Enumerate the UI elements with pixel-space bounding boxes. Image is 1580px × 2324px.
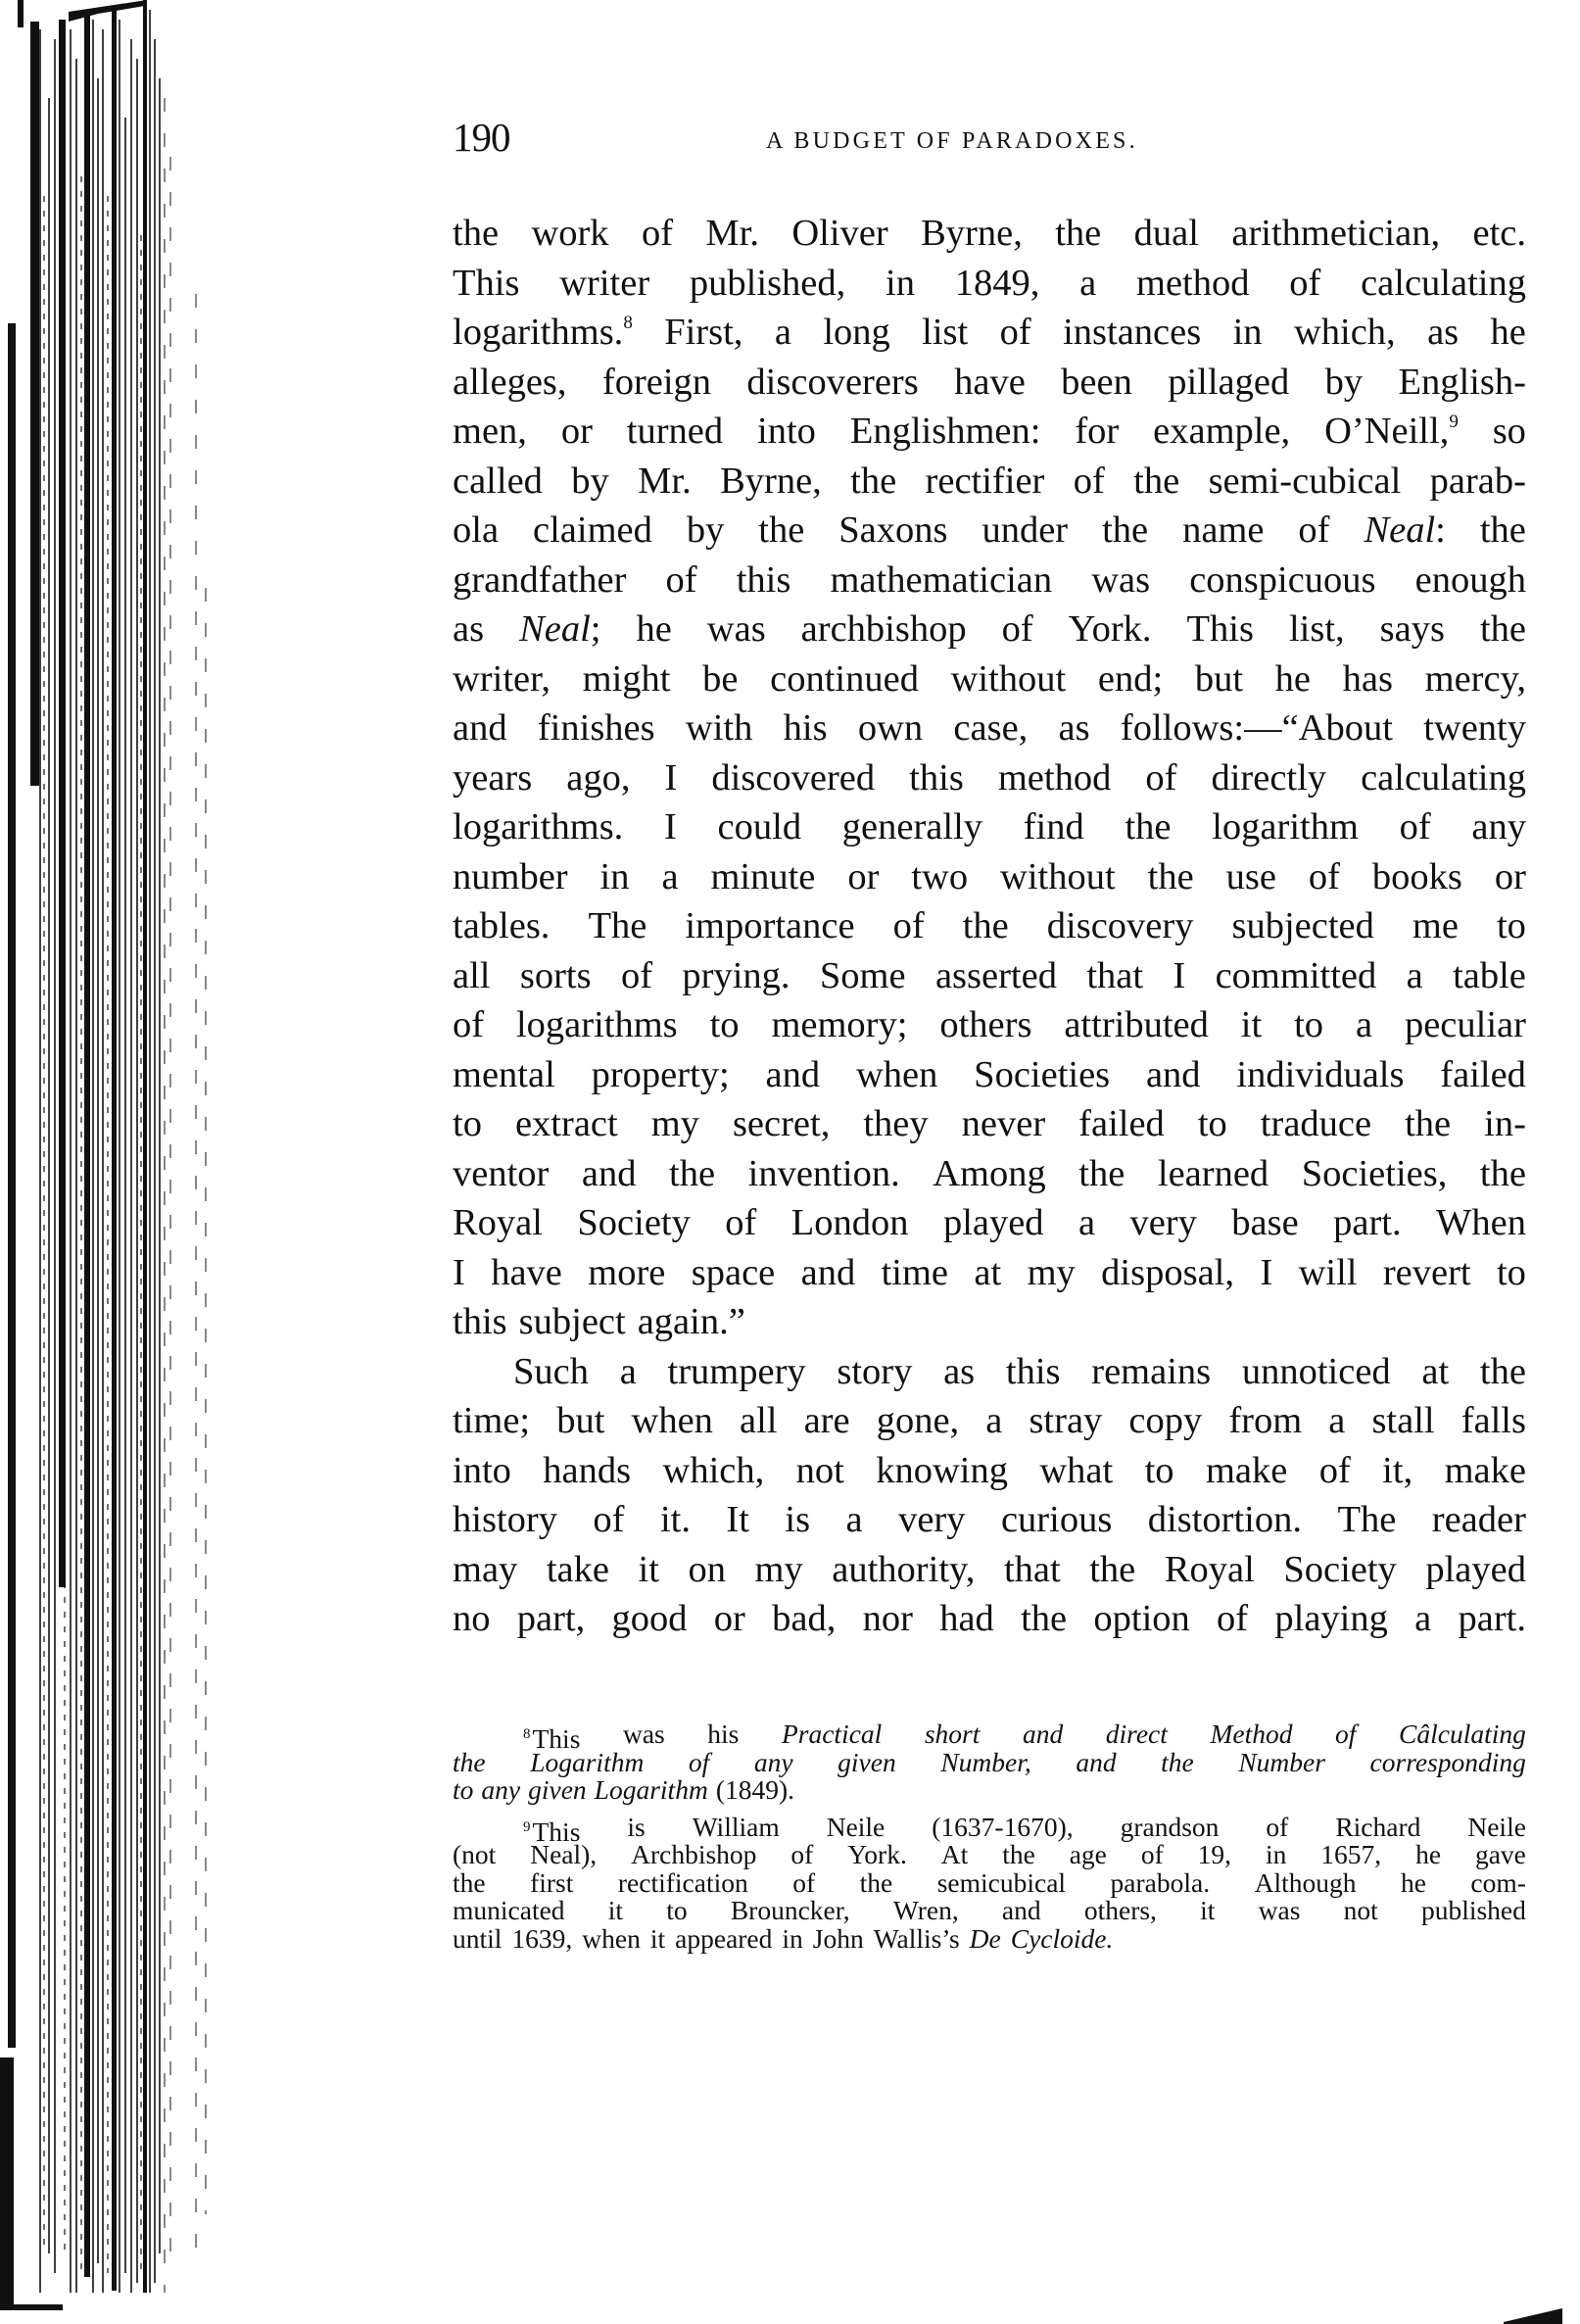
word: table [1453, 951, 1526, 1001]
word: in [600, 852, 630, 902]
word: twenty [1423, 703, 1526, 753]
word: by [687, 506, 725, 556]
word: very [898, 1495, 965, 1545]
word: the [1480, 605, 1526, 654]
word: that [1086, 951, 1143, 1001]
word: base [1231, 1198, 1298, 1248]
word: is [627, 1814, 645, 1842]
word: a [1356, 1000, 1372, 1050]
word: the [1102, 506, 1148, 556]
word: failed [1078, 1099, 1165, 1149]
word: method [1136, 259, 1249, 309]
word: Such [513, 1347, 589, 1397]
word: 1657, [1320, 1841, 1381, 1869]
footnote-9: 9ThisisWilliamNeile(1637-1670),grandsono… [453, 1814, 1526, 1954]
word: others [939, 1000, 1031, 1050]
word: given [528, 1776, 587, 1805]
word: the [1002, 1841, 1035, 1869]
word: in [1233, 308, 1263, 358]
word: Societies [974, 1050, 1110, 1100]
word: Saxons [838, 506, 947, 556]
text-line: maytakeitonmyauthority,thattheRoyalSocie… [453, 1545, 1526, 1595]
word: failed [1440, 1050, 1526, 1100]
word: not [796, 1446, 844, 1496]
word: 19, [1198, 1841, 1231, 1869]
footnote-marker: 9 [523, 1819, 531, 1835]
word: are [804, 1396, 850, 1446]
word: foreign [602, 358, 711, 408]
word: John [813, 1925, 864, 1954]
word: at [1421, 1347, 1449, 1397]
word: London [791, 1198, 909, 1248]
word: own [858, 703, 923, 753]
word: of [1141, 1841, 1164, 1869]
word: follows:—“About [1121, 703, 1393, 753]
word: this [1006, 1347, 1061, 1397]
text-line: olaclaimedbytheSaxonsunderthenameofNeal:… [453, 506, 1526, 556]
word: he [1401, 1869, 1426, 1898]
word: of [1335, 1720, 1356, 1749]
word: direct [1106, 1720, 1168, 1749]
word: his [707, 1720, 739, 1749]
word: to [1497, 1248, 1526, 1298]
word: instances [1063, 308, 1201, 358]
word: tables. [453, 901, 550, 951]
word: ola [453, 506, 499, 556]
word: was [623, 1720, 665, 1749]
word: claimed [533, 506, 652, 556]
word: I [1260, 1248, 1272, 1298]
word: time [882, 1248, 948, 1298]
word: a [1079, 259, 1096, 309]
text-line: alleges,foreigndiscoverershavebeenpillag… [453, 358, 1526, 408]
word: space [692, 1248, 776, 1298]
word: history [453, 1495, 557, 1545]
word: the [1148, 852, 1194, 902]
word: make [1206, 1446, 1287, 1496]
word: of [642, 209, 673, 259]
word: ago, [566, 753, 630, 803]
word: the [669, 1149, 715, 1199]
word: so [1493, 407, 1526, 457]
text-line: allsortsofprying.SomeassertedthatIcommit… [453, 951, 1526, 1001]
word: importance [685, 901, 854, 951]
word: When [1436, 1198, 1526, 1248]
footnote-marker: 8 [523, 1726, 531, 1742]
word: Although [1255, 1869, 1357, 1898]
word: of [1217, 1594, 1248, 1644]
word: by [571, 457, 609, 507]
word: it [650, 1925, 665, 1954]
word: when [582, 1925, 641, 1954]
word: me [1412, 901, 1459, 951]
text-line: nopart,goodorbad,norhadtheoptionofplayin… [453, 1594, 1526, 1644]
word: no [453, 1594, 491, 1644]
word: of [621, 951, 652, 1001]
text-line: RoyalSocietyofLondonplayedaverybasepart.… [453, 1198, 1526, 1248]
word: and [453, 703, 507, 753]
word: memory; [771, 1000, 907, 1050]
word: and [766, 1050, 821, 1100]
word: had [939, 1594, 994, 1644]
word: has [1343, 654, 1393, 704]
word: any [481, 1776, 520, 1805]
word: committed [1216, 951, 1377, 1001]
word: discovery [1047, 901, 1194, 951]
word: conspicuous [1189, 556, 1375, 605]
word: could [718, 802, 802, 852]
word: and [1002, 1897, 1041, 1925]
word: calculating [1361, 259, 1526, 309]
word: the [1055, 209, 1101, 259]
word: any [1471, 802, 1526, 852]
word: Logarithm [530, 1749, 644, 1777]
word: the [453, 209, 499, 259]
word: been [1061, 358, 1132, 408]
footnote-8: 8ThiswashisPracticalshortanddirectMethod… [453, 1720, 1526, 1805]
text-line: calledbyMr.Byrne,therectifierofthesemi-c… [453, 457, 1526, 507]
text-line: numberinaminuteortwowithouttheuseofbooks… [453, 852, 1526, 902]
word: De [970, 1925, 1001, 1954]
word: alleges, [453, 358, 567, 408]
word: The [588, 901, 646, 951]
word: playing [1274, 1594, 1387, 1644]
word: into [757, 407, 816, 457]
word: municated [453, 1897, 565, 1925]
word: peculiar [1405, 1000, 1526, 1050]
word: was [707, 605, 766, 654]
word: more [588, 1248, 665, 1298]
word: discoverers [746, 358, 918, 408]
word: he [1415, 1841, 1441, 1869]
word: men, [453, 407, 527, 457]
word: learned [1158, 1149, 1269, 1199]
word: parabola. [1111, 1869, 1211, 1898]
word: Englishmen: [850, 407, 1041, 457]
book-spine-edge [0, 0, 215, 2324]
text-line: oflogarithmstomemory;othersattributeditt… [453, 1000, 1526, 1050]
word: logarithms.8 [453, 308, 633, 358]
word: Oliver [791, 209, 887, 259]
word: logarithm [1212, 802, 1359, 852]
text-line: yearsago,Idiscoveredthismethodofdirectly… [453, 753, 1526, 803]
word: of [453, 1000, 484, 1050]
word: list, [1289, 605, 1345, 654]
word: pillaged [1168, 358, 1289, 408]
word: that [1004, 1545, 1061, 1595]
word: in [1266, 1841, 1286, 1869]
word: the [453, 1869, 486, 1898]
text-line: historyofit.Itisaverycuriousdistortion.T… [453, 1495, 1526, 1545]
word: secret, [733, 1099, 830, 1149]
text-line: Ihavemorespaceandtimeatmydisposal,Iwillr… [453, 1248, 1526, 1298]
word: a [1414, 1594, 1431, 1644]
word: age [1070, 1841, 1107, 1869]
word: Mr. [638, 457, 692, 507]
text-line: men,orturnedintoEnglishmen:forexample,O’… [453, 407, 1526, 457]
word: a [775, 308, 791, 358]
word: of [1145, 753, 1176, 803]
word: reader [1432, 1495, 1526, 1545]
text-line: time;butwhenallaregone,astraycopyfromast… [453, 1396, 1526, 1446]
word: under [982, 506, 1068, 556]
word: logarithms. [453, 802, 623, 852]
word: I [453, 1248, 465, 1298]
word: mathematician [830, 556, 1052, 605]
word: Brouncker, [731, 1897, 850, 1925]
word: distortion. [1148, 1495, 1302, 1545]
word: as [943, 1347, 975, 1397]
word: revert [1383, 1248, 1471, 1298]
word: called [453, 457, 543, 507]
word: the [1089, 1545, 1135, 1595]
footnote-line: theLogarithmofanygivenNumber,andtheNumbe… [453, 1749, 1526, 1777]
word: property; [592, 1050, 730, 1100]
word: this [909, 753, 964, 803]
word: of [893, 901, 925, 951]
word: in- [1484, 1099, 1526, 1149]
word: 1849, [955, 259, 1040, 309]
word: to [453, 1099, 482, 1149]
word: Mr. [705, 209, 759, 259]
word: Logarithm [595, 1776, 708, 1805]
footnote-reference[interactable]: 9 [1449, 412, 1459, 432]
word: Câlculating [1399, 1720, 1526, 1749]
word: which, [663, 1446, 765, 1496]
word: he [1491, 308, 1526, 358]
word: it [1200, 1897, 1215, 1925]
word: all [740, 1396, 777, 1446]
word: First, [664, 308, 742, 358]
footnote-line: toanygivenLogarithm(1849). [453, 1776, 1526, 1805]
word: I [665, 753, 678, 803]
word: of [1266, 1814, 1288, 1842]
word: my [755, 1545, 803, 1595]
text-line: logarithms.8First,alonglistofinstancesin… [453, 308, 1526, 358]
word: discovered [711, 753, 875, 803]
word: continued [770, 654, 919, 704]
page-corner-shadow [1504, 2308, 1562, 2324]
word: my [651, 1099, 699, 1149]
word: stray [1029, 1396, 1102, 1446]
word: example, [1153, 407, 1290, 457]
word: they [863, 1099, 928, 1149]
word: or [1495, 852, 1526, 902]
text-line: writer,mightbecontinuedwithoutend;butheh… [453, 654, 1526, 704]
word: Wren, [893, 1897, 959, 1925]
word: a [985, 1396, 1002, 1446]
word: on [688, 1545, 726, 1595]
word: Number [1238, 1749, 1325, 1777]
word: Cycloide. [1011, 1925, 1114, 1954]
word: calculating [1361, 753, 1526, 803]
word: he [636, 605, 671, 654]
word: list [922, 308, 968, 358]
word: the [758, 506, 804, 556]
word: the [1133, 457, 1179, 507]
word: without [1000, 852, 1116, 902]
word: mental [453, 1050, 555, 1100]
word: for [1075, 407, 1119, 457]
word: part. [1333, 1198, 1401, 1248]
word: semi-cubical [1209, 457, 1402, 507]
word: short [925, 1720, 981, 1749]
word: sorts [520, 951, 592, 1001]
word: This [453, 259, 519, 309]
word: turned [627, 407, 723, 457]
running-title: A BUDGET OF PARADOXES. [766, 128, 1138, 154]
footnote-reference[interactable]: 8 [623, 313, 633, 333]
word: and [1023, 1720, 1063, 1749]
word: dual [1134, 209, 1199, 259]
word: his [784, 703, 828, 753]
word: it [608, 1897, 623, 1925]
word: which, [1294, 308, 1396, 358]
word: falls [1461, 1396, 1526, 1446]
word: invention. [748, 1149, 900, 1199]
word: knowing [876, 1446, 1008, 1496]
word: Byrne, [921, 209, 1023, 259]
word: played [1425, 1545, 1526, 1595]
word: good [612, 1594, 688, 1644]
word: was [1259, 1897, 1301, 1925]
word: (not [453, 1841, 496, 1869]
word: stall [1371, 1396, 1434, 1446]
word: have [491, 1248, 562, 1298]
word: what [1039, 1446, 1113, 1496]
word: the [1125, 802, 1171, 852]
word: gone, [877, 1396, 959, 1446]
word: it, [1382, 1446, 1412, 1496]
word: the [1405, 1099, 1451, 1149]
word: and [801, 1248, 856, 1298]
word: and [1146, 1050, 1201, 1100]
word: Some [820, 951, 906, 1001]
word: and [582, 1149, 637, 1199]
word: says [1380, 605, 1445, 654]
word: to [453, 1776, 473, 1805]
word: semicubical [937, 1869, 1066, 1898]
word: authority, [832, 1545, 975, 1595]
word: a [620, 1347, 637, 1397]
word: Number, [940, 1749, 1030, 1777]
word: Byrne, [720, 457, 822, 507]
word: of [1289, 259, 1320, 309]
word: corresponding [1370, 1749, 1526, 1777]
word: Societies, [1302, 1149, 1448, 1199]
word: again.” [638, 1297, 745, 1347]
word: writer [559, 259, 649, 309]
text-line: mentalproperty;andwhenSocietiesandindivi… [453, 1050, 1526, 1100]
word: in [782, 1925, 802, 1954]
word: the [453, 1749, 486, 1777]
word: hands [543, 1446, 631, 1496]
word: he [1275, 654, 1311, 704]
word: arithmetician, [1231, 209, 1440, 259]
word: English- [1398, 358, 1525, 408]
text-line: ventorandtheinvention.AmongthelearnedSoc… [453, 1149, 1526, 1199]
word: as [453, 605, 484, 654]
word: of [790, 1841, 813, 1869]
word: in [886, 259, 915, 309]
word: but [1195, 654, 1243, 704]
word: Royal [1165, 1545, 1255, 1595]
word: nor [863, 1594, 913, 1644]
word: Society [577, 1198, 690, 1248]
word: Practical [782, 1720, 882, 1749]
word: very [1129, 1198, 1196, 1248]
word: find [1024, 802, 1084, 852]
word: may [453, 1545, 517, 1595]
word: I [664, 802, 677, 852]
word: to [1497, 901, 1526, 951]
text-line: toextractmysecret,theyneverfailedtotradu… [453, 1099, 1526, 1149]
word: Neile [827, 1814, 886, 1842]
word: or [847, 852, 879, 902]
text-line: intohandswhich,notknowingwhattomakeofit,… [453, 1446, 1526, 1496]
word: to [710, 1000, 740, 1050]
word: first [530, 1869, 573, 1898]
word: extract [515, 1099, 618, 1149]
footnote-line: 9ThisisWilliamNeile(1637-1670),grandsono… [453, 1814, 1526, 1842]
word: time; [453, 1396, 530, 1446]
word: published [1421, 1897, 1526, 1925]
word: Royal [453, 1198, 543, 1248]
word: a [846, 1495, 863, 1545]
word: part, [517, 1594, 585, 1644]
word: work [531, 209, 608, 259]
word: rectifier [926, 457, 1045, 507]
word: have [954, 358, 1026, 408]
word: two [911, 852, 968, 902]
word: directly [1211, 753, 1326, 803]
word: (1637-1670), [932, 1814, 1073, 1842]
text-line: logarithms.Icouldgenerallyfindthelogarit… [453, 802, 1526, 852]
word: any [754, 1749, 793, 1777]
word: Neal: [1364, 506, 1445, 556]
word: be [702, 654, 738, 704]
word: Society [1283, 1545, 1396, 1595]
word: this [737, 556, 791, 605]
word: was [1091, 556, 1150, 605]
word: It [726, 1495, 749, 1545]
word: the [1161, 1749, 1194, 1777]
word: unnoticed [1242, 1347, 1391, 1397]
word: subjected [1231, 901, 1373, 951]
word: ventor [453, 1149, 549, 1199]
page-number: 190 [453, 116, 510, 159]
word: of [1074, 457, 1105, 507]
word: story [837, 1347, 912, 1397]
word: to [1198, 1099, 1227, 1149]
word: At [941, 1841, 969, 1869]
footnote-line: municatedittoBrouncker,Wren,andothers,it… [453, 1897, 1526, 1925]
word: a [661, 852, 678, 902]
word: writer, [453, 654, 551, 704]
word: the [860, 1869, 893, 1898]
word: of [1319, 1446, 1351, 1496]
running-head: 190 A BUDGET OF PARADOXES. [453, 116, 1526, 159]
word: of [666, 556, 697, 605]
word: when [632, 1396, 713, 1446]
word: long [823, 308, 889, 358]
word: and [1076, 1749, 1116, 1777]
word: Neal), [530, 1841, 597, 1869]
word: name [1182, 506, 1264, 556]
footnote-line: thefirstrectificationofthesemicubicalpar… [453, 1869, 1526, 1898]
word: the [963, 901, 1009, 951]
word: as [1427, 308, 1459, 358]
